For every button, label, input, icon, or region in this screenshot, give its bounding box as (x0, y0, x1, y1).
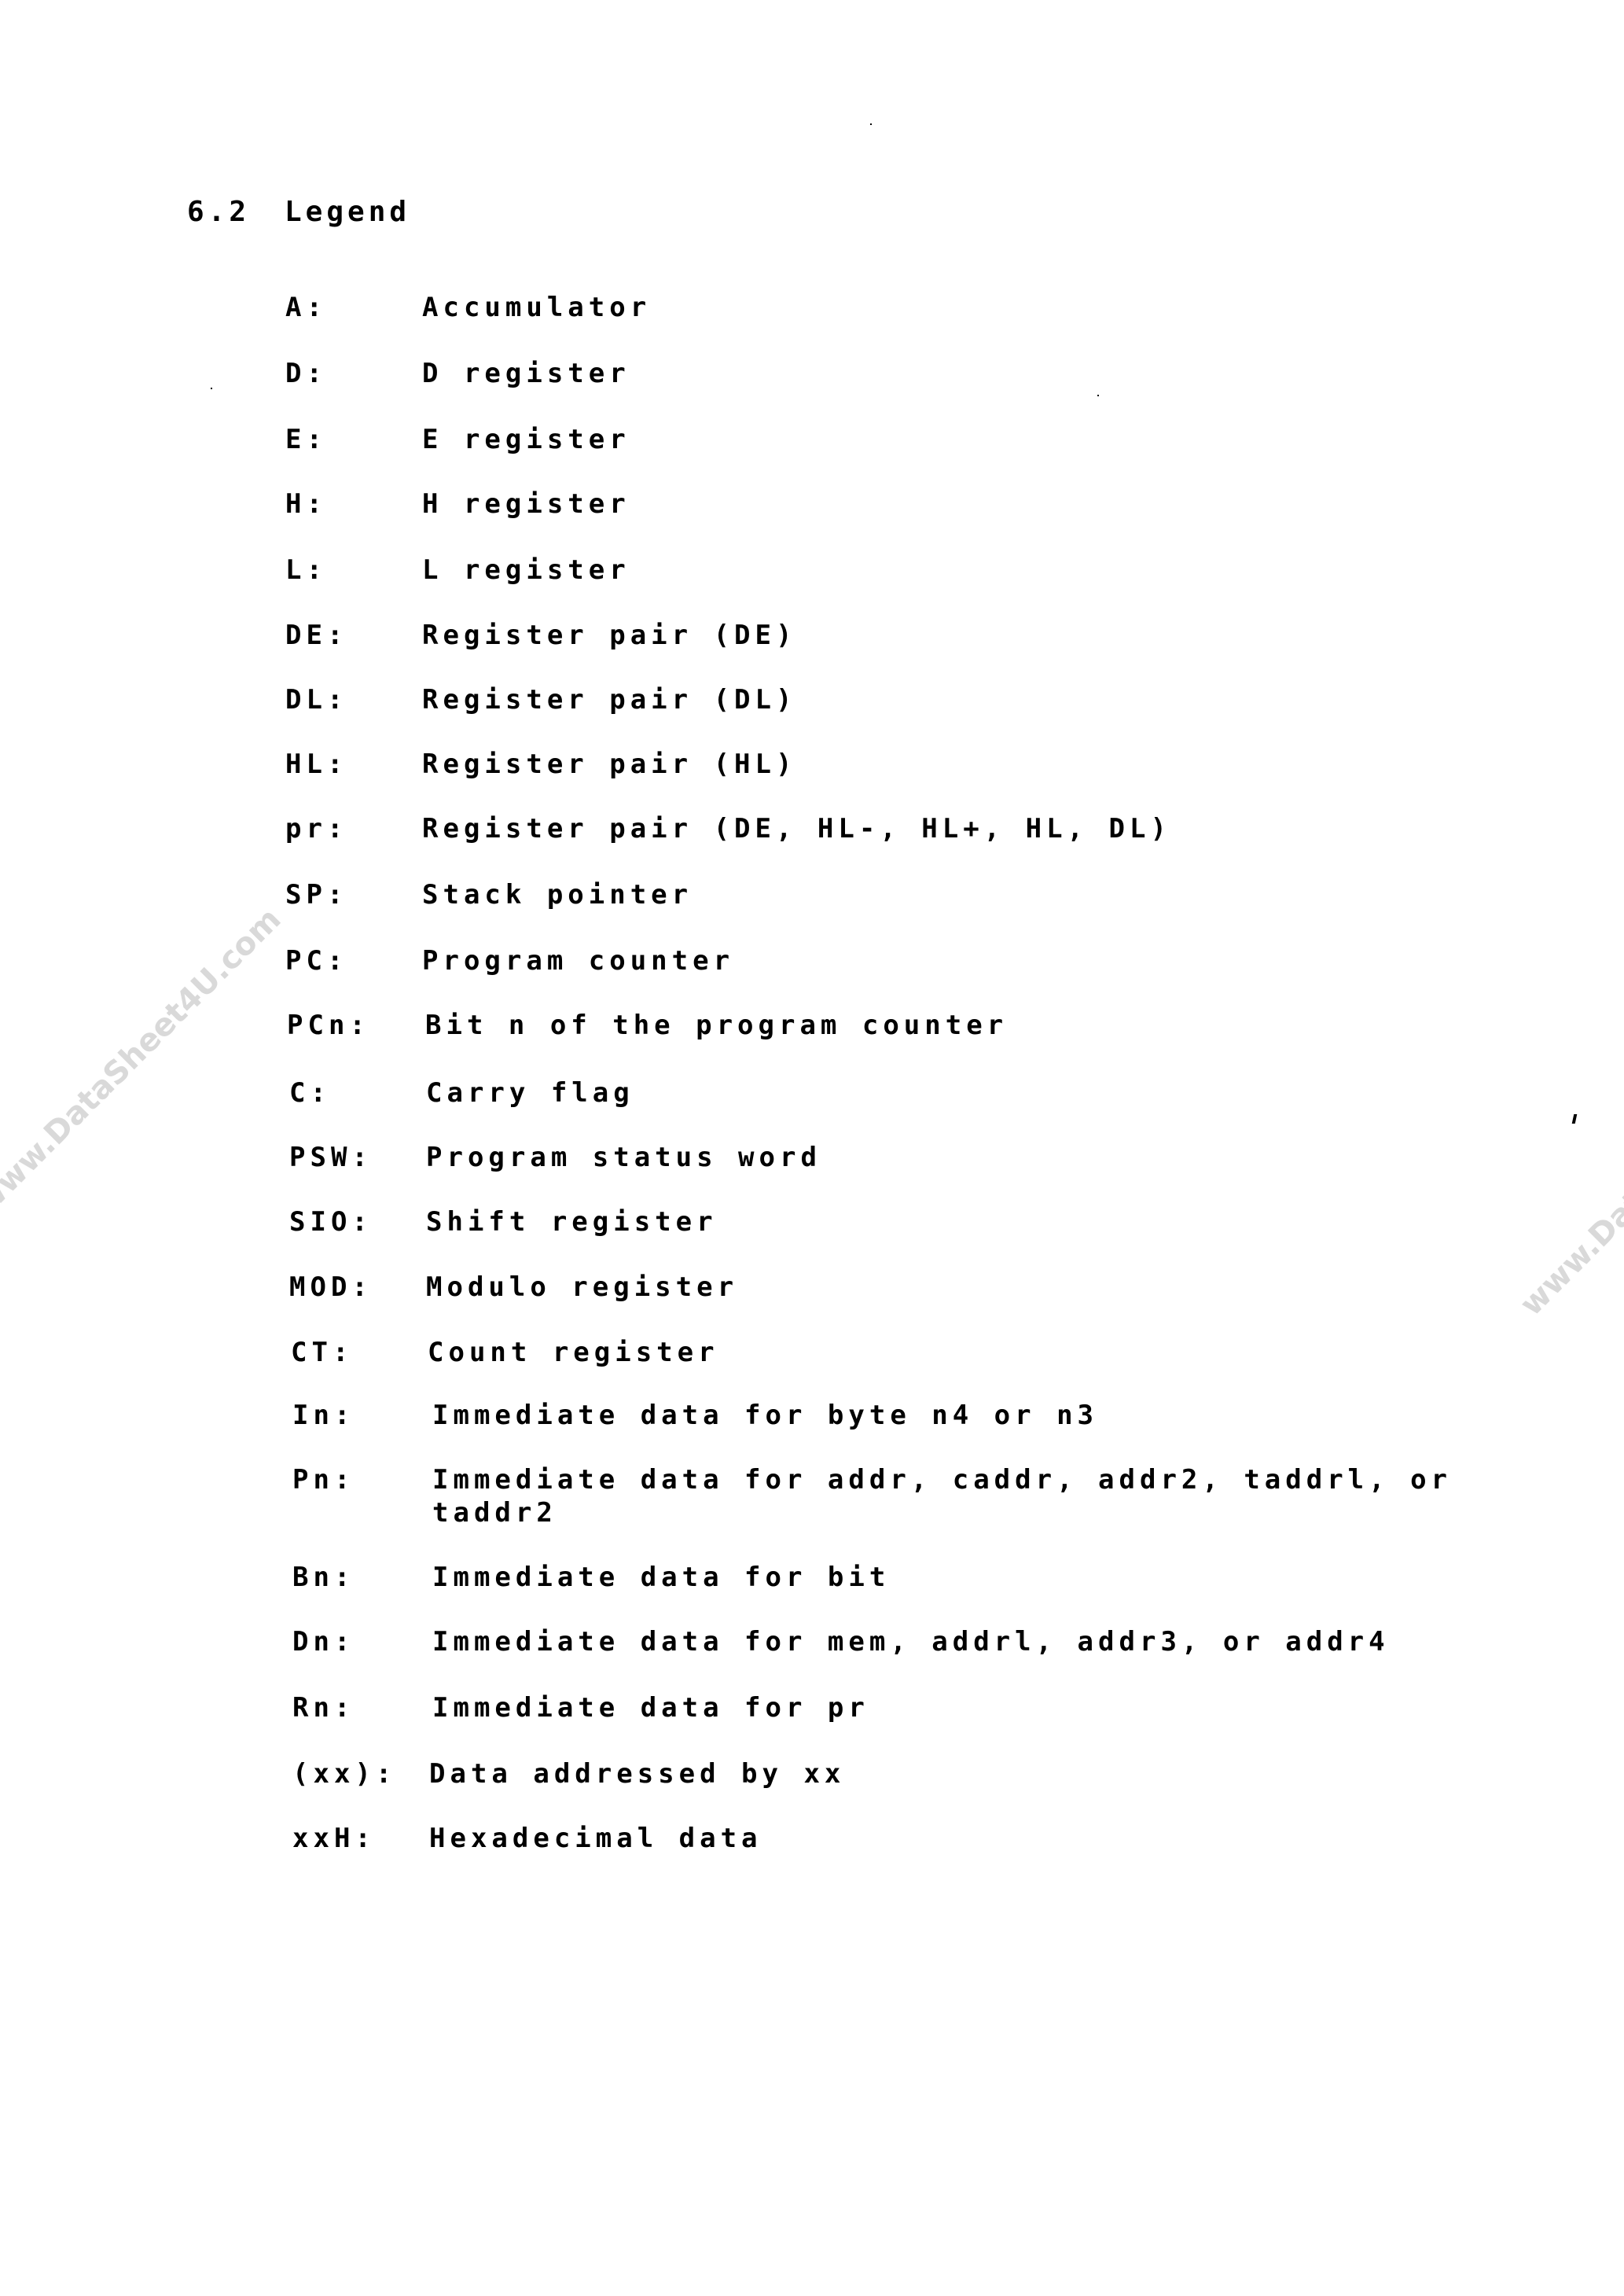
legend-term: CT: (291, 1335, 353, 1370)
legend-term: C: (289, 1076, 331, 1110)
section-heading: 6.2Legend (187, 195, 410, 230)
legend-term: Bn: (292, 1560, 355, 1595)
legend-definition: E register (422, 422, 630, 457)
legend-term: pr: (285, 811, 347, 846)
legend-term: D: (285, 356, 327, 391)
legend-definition: Hexadecimal data (429, 1821, 762, 1856)
legend-term: DE: (285, 618, 347, 653)
legend-definition: Data addressed by xx (429, 1757, 845, 1791)
legend-term: Pn: (292, 1463, 355, 1497)
legend-term: SP: (285, 878, 347, 912)
legend-definition: Register pair (DE) (422, 618, 796, 653)
scan-speck (1097, 395, 1099, 396)
legend-term: PSW: (289, 1140, 373, 1175)
legend-definition: Stack pointer (422, 878, 693, 912)
legend-term: L: (285, 553, 327, 587)
legend-term: E: (285, 422, 327, 457)
legend-term: A: (285, 290, 327, 325)
watermark-left: www.DataSheet4U.com (0, 901, 288, 1220)
scan-speck (1572, 1114, 1578, 1124)
legend-definition: Modulo register (426, 1270, 738, 1304)
scan-speck (211, 388, 212, 389)
legend-term: Rn: (292, 1691, 355, 1725)
legend-definition: Immediate data for bit (432, 1560, 890, 1595)
legend-definition: H register (422, 487, 630, 521)
legend-term: SIO: (289, 1205, 373, 1239)
section-title: Legend (285, 196, 410, 228)
legend-definition: Shift register (426, 1205, 718, 1239)
legend-definition: Immediate data for addr, caddr, addr2, t… (432, 1463, 1452, 1497)
legend-definition: Register pair (HL) (422, 747, 796, 782)
legend-term: DL: (285, 683, 347, 717)
legend-definition: Immediate data for byte n4 or n3 (432, 1398, 1098, 1433)
legend-definition: Bit n of the program counter (425, 1008, 1008, 1043)
scan-speck (870, 123, 872, 125)
watermark-right: www.DataSheet4U.com (1513, 1003, 1624, 1323)
legend-term: xxH: (292, 1821, 376, 1856)
legend-term: MOD: (289, 1270, 373, 1304)
legend-definition: Count register (428, 1335, 719, 1370)
legend-definition: Accumulator (422, 290, 651, 325)
legend-term: PC: (285, 944, 347, 978)
legend-definition: Carry flag (426, 1076, 634, 1110)
legend-definition: Register pair (DL) (422, 683, 796, 717)
legend-definition: L register (422, 553, 630, 587)
legend-definition: Program counter (422, 944, 734, 978)
document-page: www.DataSheet4U.com www.DataSheet4U.com … (0, 0, 1624, 2296)
legend-term: Dn: (292, 1624, 355, 1659)
section-number: 6.2 (187, 195, 285, 230)
legend-definition: Program status word (426, 1140, 821, 1175)
legend-definition-continuation: taddr2 (432, 1496, 557, 1530)
legend-term: PCn: (287, 1008, 370, 1043)
legend-term: HL: (285, 747, 347, 782)
legend-definition: Immediate data for pr (432, 1691, 869, 1725)
legend-definition: Register pair (DE, HL-, HL+, HL, DL) (422, 811, 1171, 846)
legend-definition: D register (422, 356, 630, 391)
legend-term: (xx): (292, 1757, 396, 1791)
legend-term: In: (292, 1398, 355, 1433)
legend-definition: Immediate data for mem, addrl, addr3, or… (432, 1624, 1390, 1659)
legend-term: H: (285, 487, 327, 521)
